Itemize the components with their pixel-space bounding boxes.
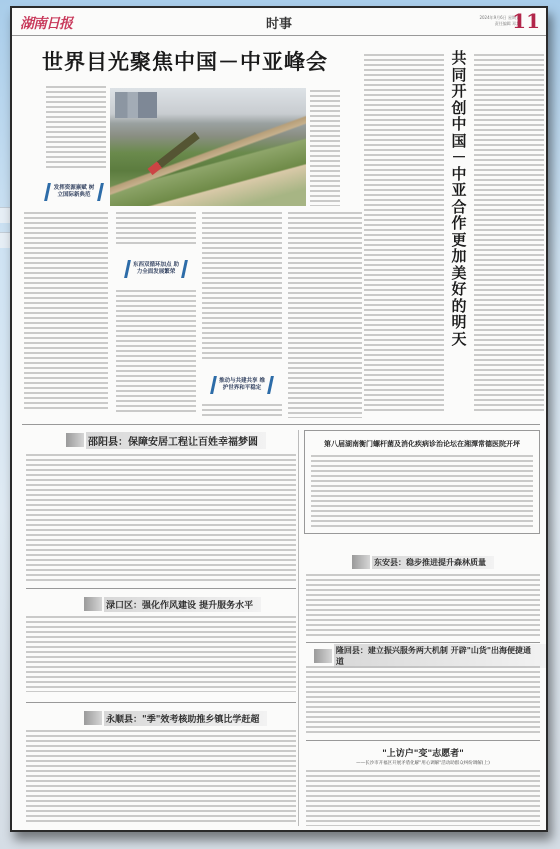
lead-body-col-4	[288, 212, 362, 418]
news-title-yongshun: 永顺县："季"效考核助推乡镇比学赶超	[84, 710, 267, 726]
news-body-yongshun	[26, 730, 296, 822]
news-body-volunteer	[306, 770, 540, 826]
masthead: 湖南日报 时事 2024年9月6日 星期五 责任编辑 邓某 11	[12, 8, 546, 36]
commentary-vertical-title: 共同开创中国－中亚合作更加美好的明天	[449, 50, 469, 347]
news-divider	[26, 702, 296, 703]
photo-buildings	[115, 92, 157, 118]
news-body-forum	[311, 455, 533, 529]
news-title-lukou: 渌口区：强化作风建设 提升服务水平	[84, 596, 261, 612]
lead-intro-text	[46, 86, 106, 170]
news-title-volunteer: "上访户"变"志愿者"	[306, 746, 540, 759]
news-divider	[306, 642, 540, 643]
section-title: 时事	[12, 13, 546, 32]
news-title-forum: 第八届湖南衡门螺杆菌及消化疾病诊治论坛在湘潭常德医院开坪	[305, 439, 539, 449]
news-divider	[306, 740, 540, 741]
photo-train	[148, 132, 200, 175]
lead-body-col-2a	[116, 212, 196, 244]
column-divider	[298, 430, 299, 826]
news-body-shaoyang	[26, 454, 296, 584]
news-subtitle-volunteer: ——长沙市开福区开展矛盾化解"用心调解"活动助群众纠纷调解(上)	[306, 760, 540, 766]
subhead-1: 发挥资源禀赋 树立国际新典范	[38, 181, 110, 203]
news-divider	[26, 588, 296, 589]
subhead-2: 东西双循环加点 助力全面发展繁荣	[116, 258, 196, 280]
lead-headline: 世界目光聚焦中国－中亚峰会	[42, 46, 328, 76]
commentary-col-2	[474, 54, 544, 414]
commentary-col-1	[364, 54, 444, 414]
news-body-lukou	[26, 616, 296, 692]
lead-body-col-3a	[202, 212, 282, 362]
newspaper-page: 湖南日报 时事 2024年9月6日 星期五 责任编辑 邓某 11 世界目光聚焦中…	[10, 6, 548, 832]
news-body-dongan	[306, 574, 540, 638]
section-divider	[22, 424, 540, 425]
news-body-longhui	[306, 666, 540, 736]
news-box-forum: 第八届湖南衡门螺杆菌及消化疾病诊治论坛在湘潭常德医院开坪	[304, 430, 540, 534]
lead-body-col-3b	[202, 404, 282, 418]
page-number: 11	[512, 9, 540, 33]
photo-caption	[310, 90, 340, 206]
lead-body-col-2b	[116, 290, 196, 412]
news-title-longhui: 隆回县：建立振兴服务两大机制 开辟"山货"出海便捷通道	[314, 648, 546, 664]
subhead-3: 推动与共建共享 维护世界和平稳定	[202, 374, 282, 396]
news-title-shaoyang: 邵阳县：保障安居工程让百姓幸福梦圆	[66, 432, 266, 448]
lead-body-col-1	[24, 212, 108, 412]
news-title-dongan: 东安县：稳步推进提升森林质量	[352, 554, 494, 570]
lead-photo	[110, 88, 306, 206]
